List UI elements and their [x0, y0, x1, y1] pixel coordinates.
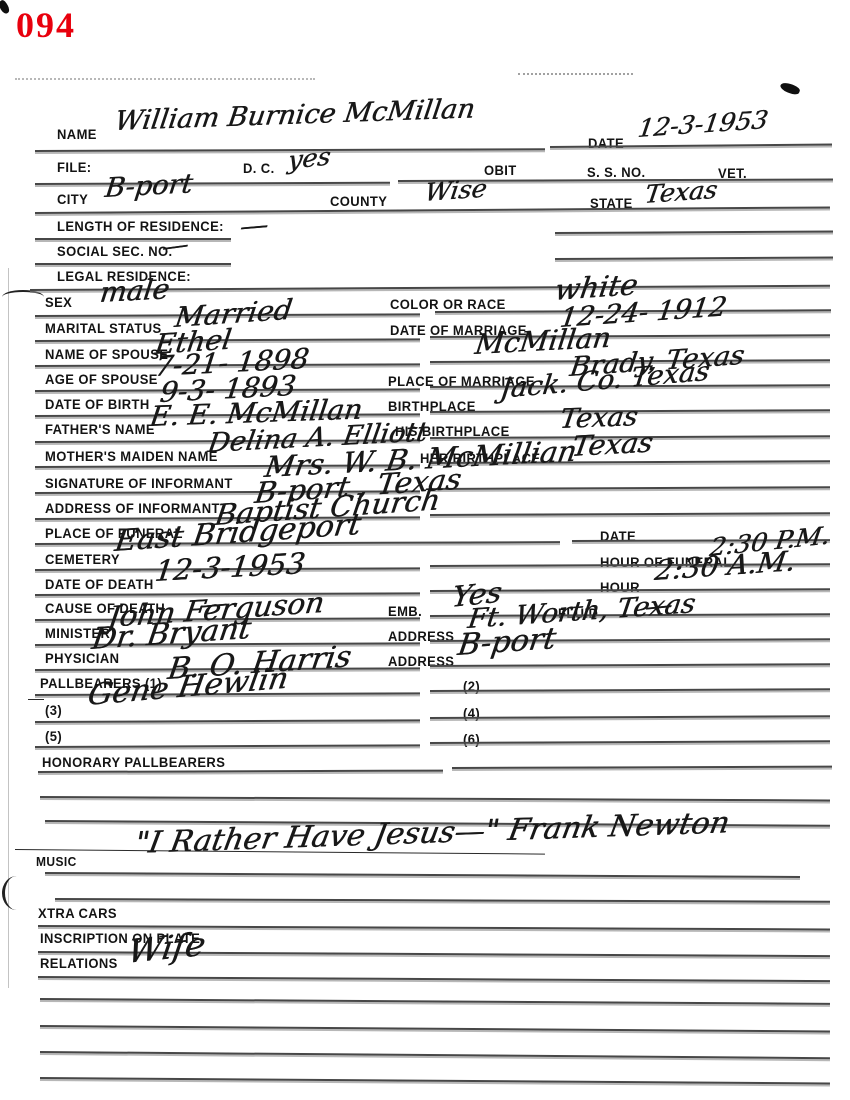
- ruled-line: [35, 238, 231, 240]
- marital-status-label: MARITAL STATUS: [45, 321, 162, 337]
- ruled-line: [555, 257, 833, 260]
- funeral-date-label: DATE: [600, 529, 636, 545]
- extra-cars-label: XTRA CARS: [38, 906, 117, 922]
- ruled-line: [35, 206, 830, 214]
- physician-address-value: B-port: [456, 621, 559, 663]
- ruled-line: [555, 231, 833, 234]
- relations-value: Wife: [125, 924, 208, 971]
- date-of-death-value: 12-3-1953: [153, 546, 307, 588]
- music-label: MUSIC: [36, 855, 77, 870]
- ruled-line: [45, 872, 800, 878]
- ruled-line: [430, 486, 830, 490]
- her-birthplace-value: Texas: [569, 426, 655, 463]
- ruled-line: [38, 770, 443, 773]
- city-label: CITY: [57, 192, 88, 208]
- hour-value: 2:30 A.M.: [653, 544, 798, 587]
- date-of-birth-label: DATE OF BIRTH: [45, 397, 150, 413]
- name-label: NAME: [57, 127, 97, 143]
- ruled-line: [35, 744, 420, 748]
- ruled-line: [40, 998, 830, 1005]
- relations-label: RELATIONS: [40, 956, 118, 972]
- county-value: Wise: [423, 174, 489, 207]
- length-of-residence-value: —: [239, 208, 270, 243]
- date-of-death-label: DATE OF DEATH: [45, 577, 154, 593]
- scan-artifact-blob: [0, 0, 11, 15]
- signature-of-informant-label: SIGNATURE OF INFORMANT: [45, 476, 233, 492]
- pallbearer-4-label: (4): [463, 706, 480, 722]
- scan-artifact-dotline: [518, 73, 633, 75]
- ruled-line: [452, 766, 832, 769]
- pallbearer-6-label: (6): [463, 732, 480, 748]
- name-of-spouse-label: NAME OF SPOUSE: [45, 347, 168, 363]
- cemetery-label: CEMETERY: [45, 552, 120, 568]
- dc-label: D. C.: [243, 161, 275, 177]
- obit-label: OBIT: [484, 163, 517, 179]
- pallbearer-2-label: (2): [463, 679, 480, 695]
- length-of-residence-label: LENGTH OF RESIDENCE:: [57, 219, 224, 235]
- ssno-label: S. S. NO.: [587, 165, 646, 181]
- ruled-line: [40, 1051, 830, 1059]
- scan-artifact-blob: [779, 81, 801, 97]
- state-value: Texas: [643, 175, 719, 209]
- scan-artifact-dash: [28, 699, 44, 700]
- ruled-line: [40, 796, 830, 801]
- city-value: B-port: [103, 168, 194, 203]
- scan-artifact-squiggle: [2, 876, 31, 910]
- ruled-line: [35, 182, 390, 185]
- address-of-informant-label: ADDRESS OF INFORMANT: [45, 501, 220, 517]
- sex-value: male: [98, 272, 171, 309]
- scan-artifact-dotline: [15, 78, 315, 80]
- ruled-line: [430, 512, 830, 516]
- ruled-line: [38, 976, 830, 982]
- dc-value: yes: [286, 142, 332, 175]
- social-sec-no-label: SOCIAL SEC. NO.: [57, 244, 173, 260]
- date-value: 12-3-1953: [636, 105, 770, 143]
- mothers-maiden-name-label: MOTHER'S MAIDEN NAME: [45, 449, 218, 465]
- document-number: 094: [16, 4, 76, 46]
- ruled-line: [40, 1025, 830, 1033]
- fathers-name-label: FATHER'S NAME: [45, 422, 155, 438]
- sex-label: SEX: [45, 295, 72, 311]
- county-label: COUNTY: [330, 194, 387, 210]
- name-value: William Burnice McMillan: [113, 94, 477, 137]
- ruled-line: [55, 898, 830, 903]
- pallbearer-5-label: (5): [45, 729, 62, 745]
- social-sec-no-value: —: [161, 230, 188, 263]
- ruled-line: [40, 1077, 830, 1085]
- ruled-line: [35, 263, 231, 265]
- file-label: FILE:: [57, 160, 92, 176]
- ruled-line: [35, 719, 420, 723]
- honorary-pallbearers-label: HONORARY PALLBEARERS: [42, 755, 225, 771]
- ruled-line: [430, 688, 830, 692]
- ruled-line: [430, 740, 830, 744]
- pallbearer-3-label: (3): [45, 703, 62, 719]
- scanned-funeral-record-page: 094 NAME William Burnice McMillan DATE 1…: [0, 0, 850, 1100]
- ruled-line: [430, 715, 830, 719]
- scan-artifact-squiggle: [2, 290, 44, 304]
- ruled-line: [430, 663, 830, 667]
- date-label: DATE: [588, 136, 624, 152]
- age-of-spouse-label: AGE OF SPOUSE: [45, 372, 158, 388]
